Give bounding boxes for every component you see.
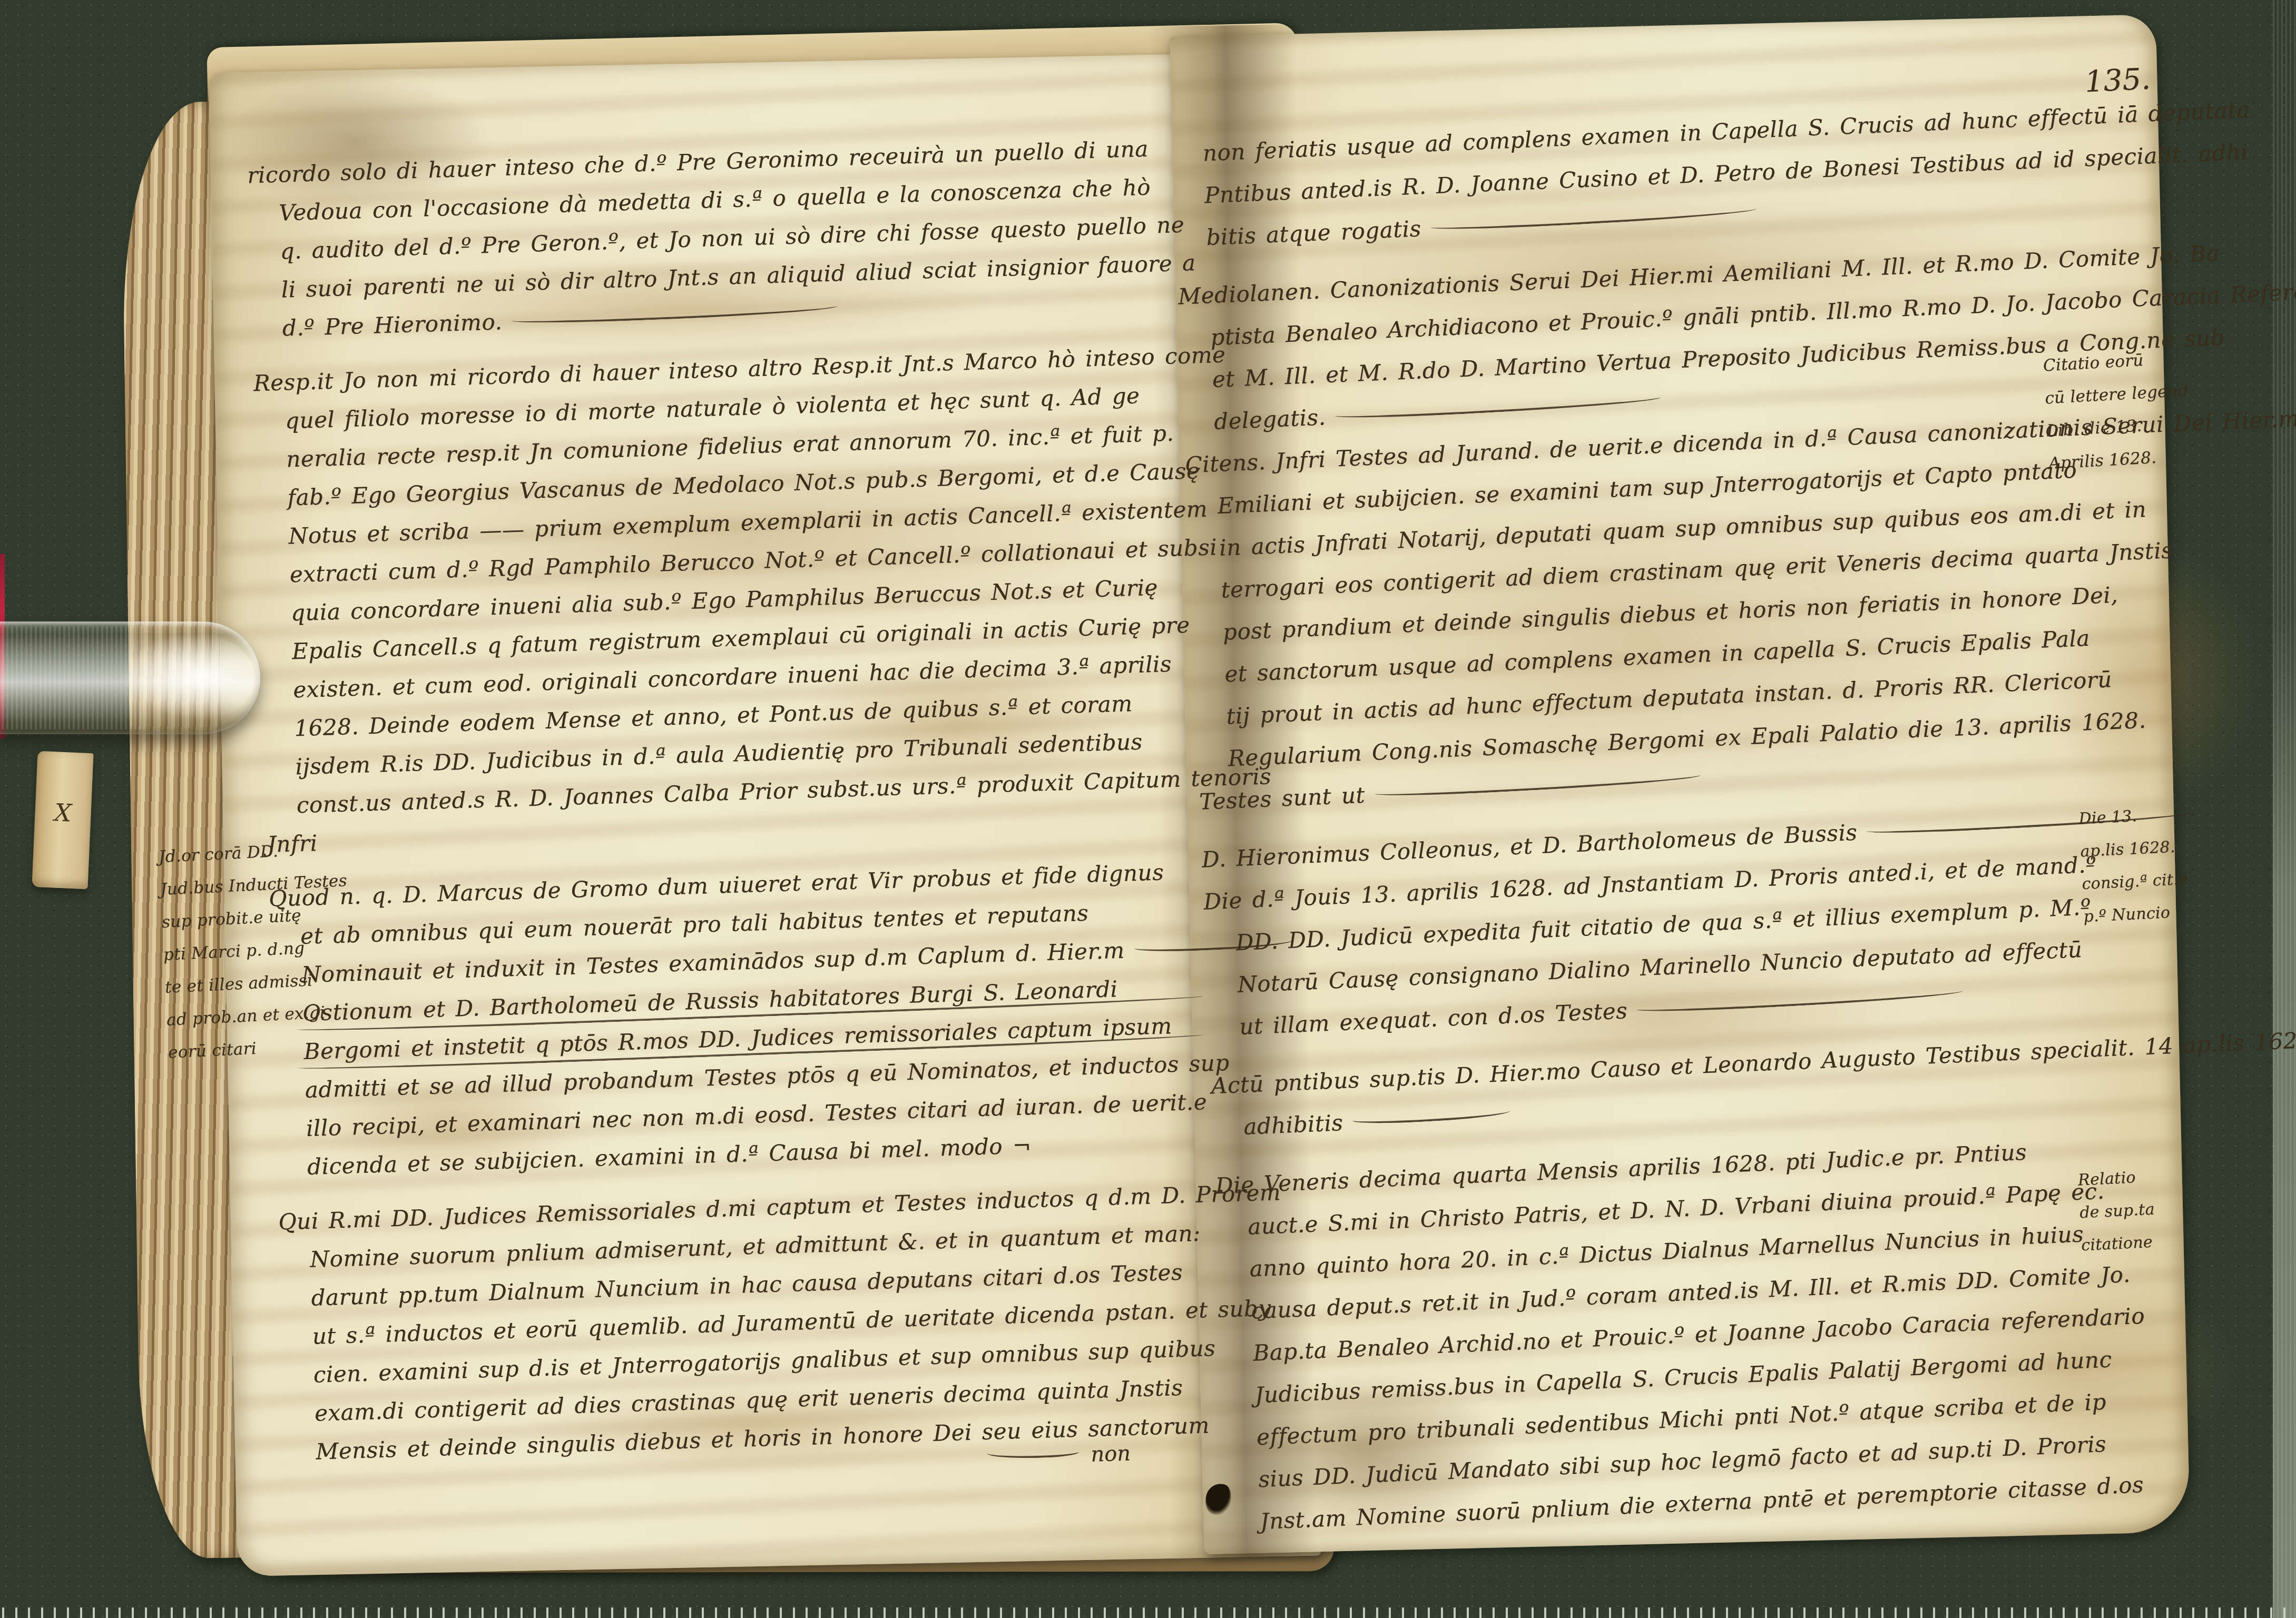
left-margin-note: Jd.or corā DD.Jud.bus Inducti Testessup … — [158, 830, 400, 1069]
manuscript-book: 135. ricordo solo di hauer inteso che d.… — [120, 12, 2196, 1592]
glass-weight — [0, 621, 260, 734]
right-margin-note-relatio: Relatiode sup.tacitatione — [2077, 1155, 2288, 1262]
right-page-text: non feriatis usque ad complens examen in… — [1202, 94, 2177, 1543]
right-margin-note-date: Die 13.ap.lis 1628.consig.ª cit.ep.º Nun… — [2078, 793, 2290, 933]
right-margin-note-citation: Citatio eorūcū lettere legendLib. die 13… — [2042, 337, 2275, 480]
left-page-text: ricordo solo di hauer inteso che d.º Pre… — [277, 129, 1211, 1471]
photo-stage: 135. ricordo solo di hauer inteso che d.… — [0, 0, 2296, 1618]
bookmark-tab: X — [32, 751, 93, 889]
catchword: non — [987, 1441, 1131, 1470]
ruler-scale — [2, 1607, 2296, 1618]
glass-highlight — [113, 630, 255, 725]
